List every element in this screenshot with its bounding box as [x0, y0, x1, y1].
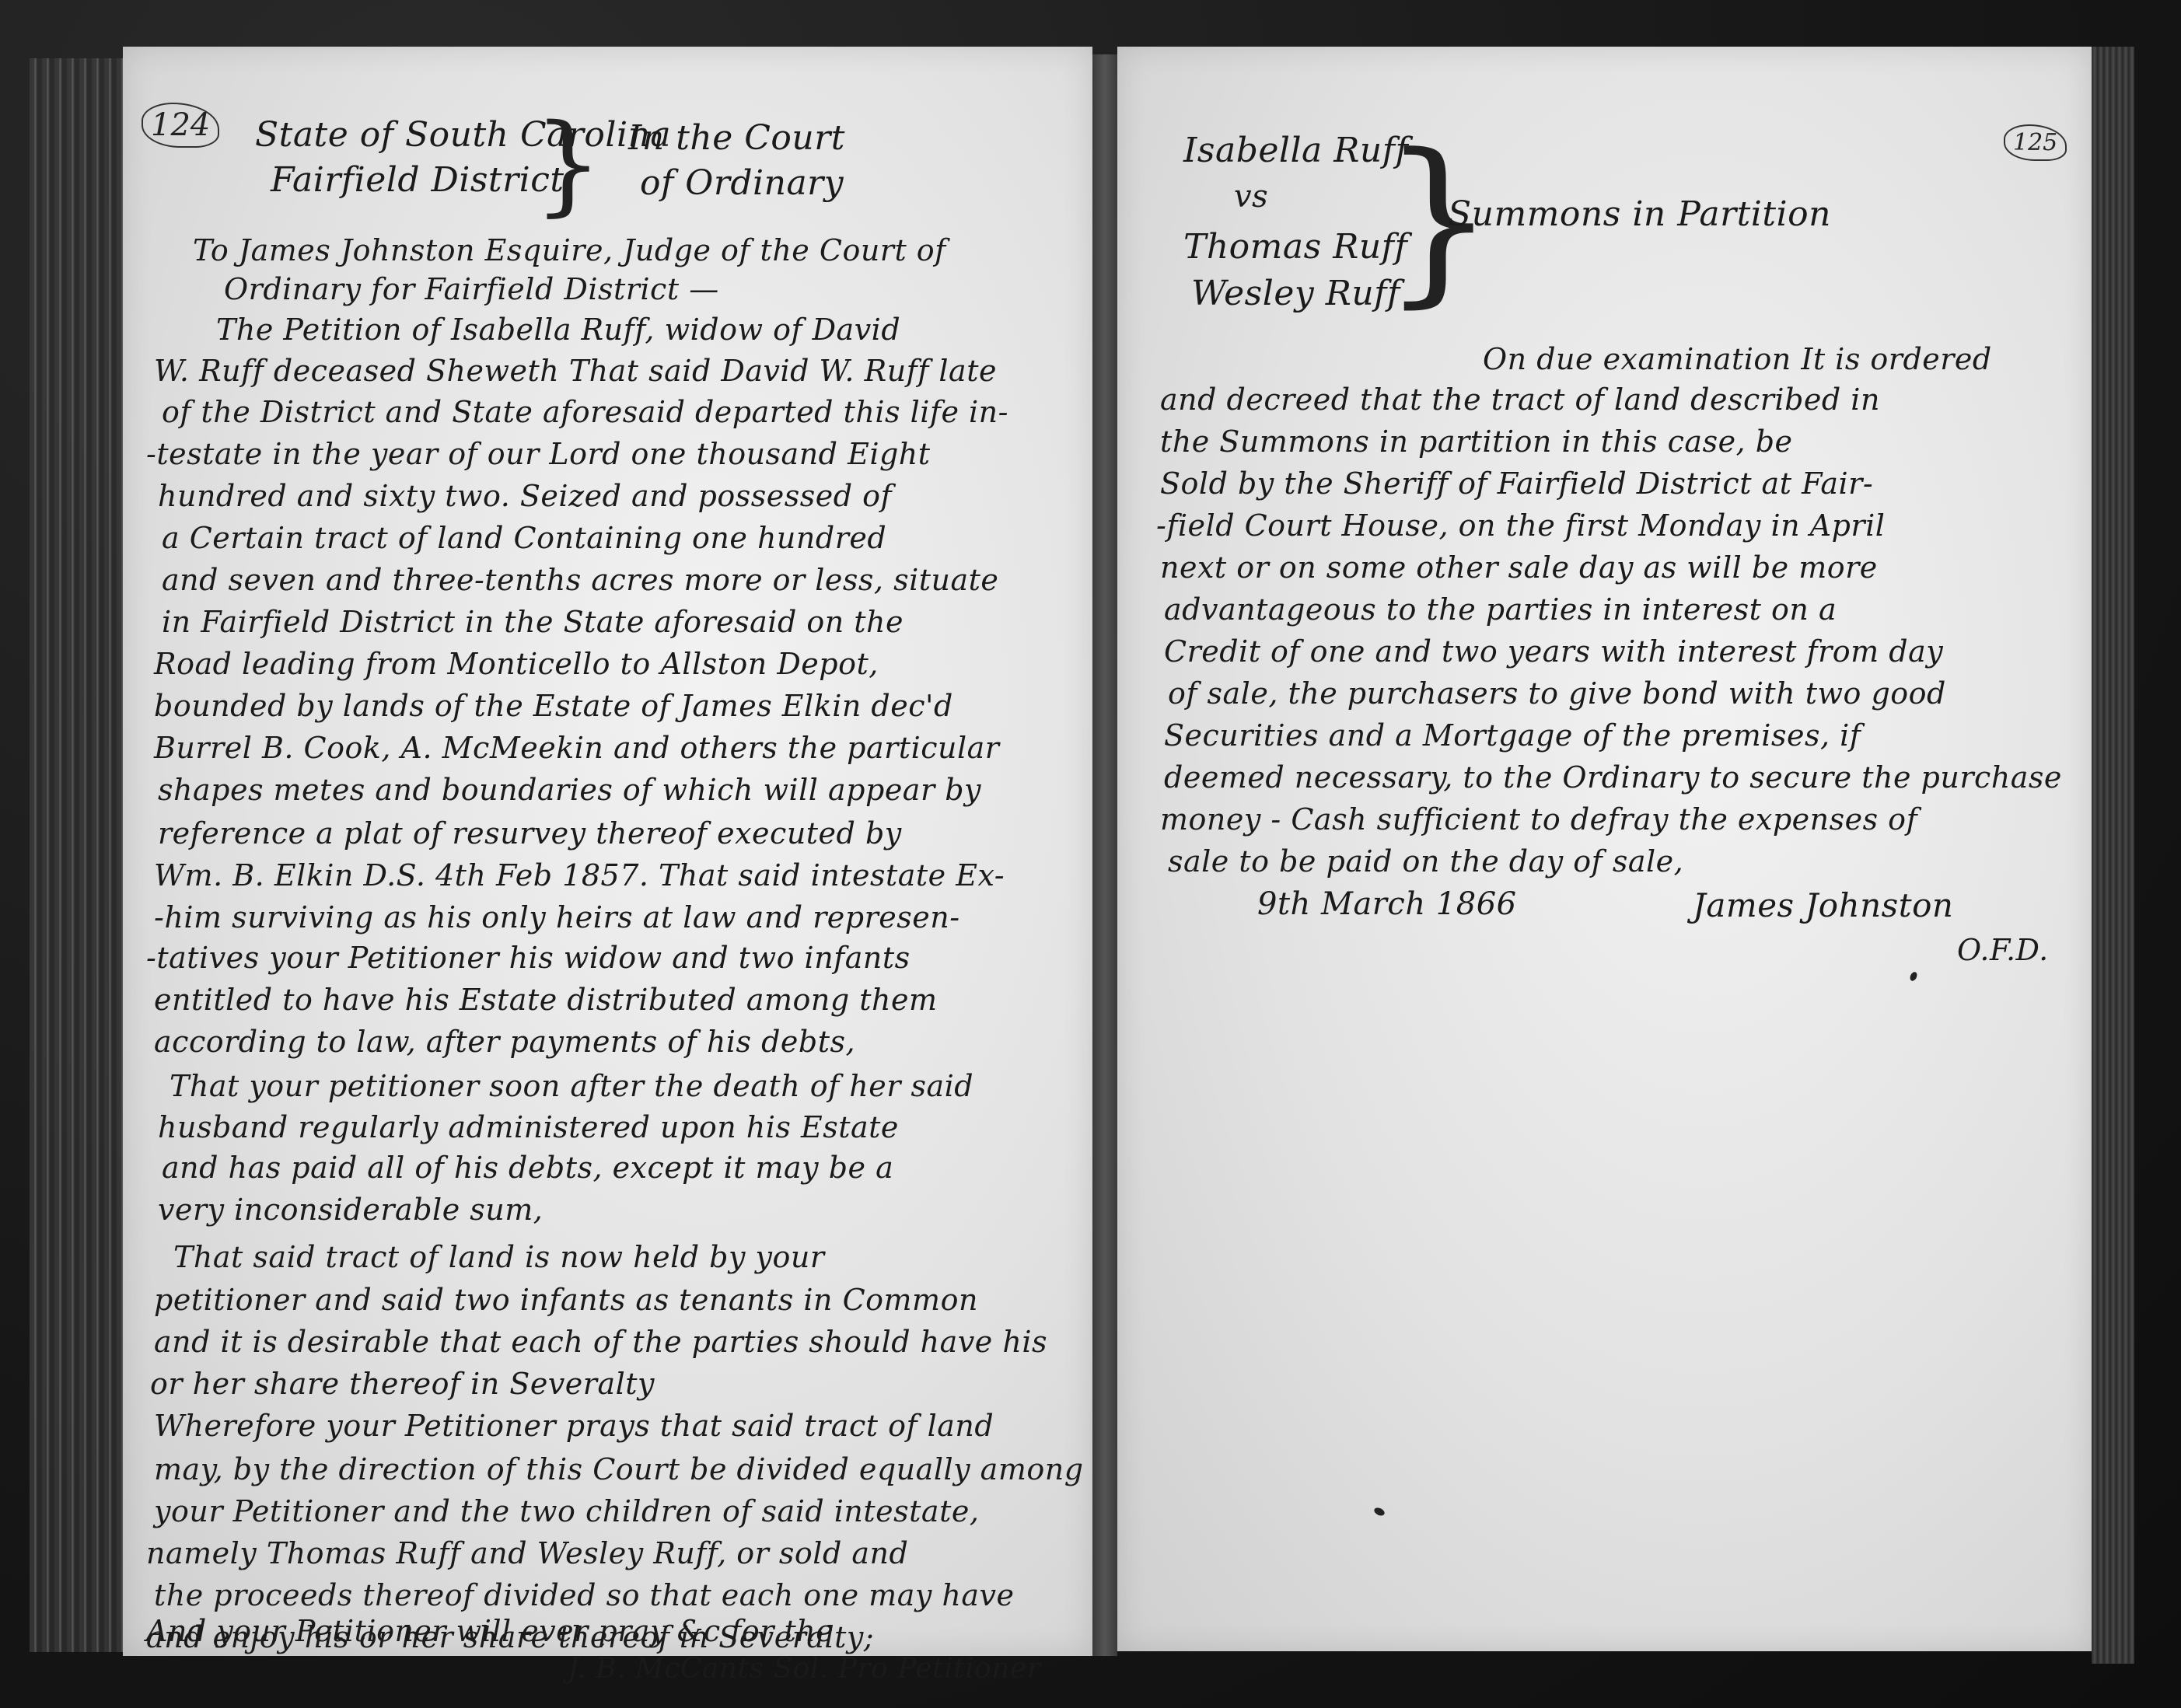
petition-closing-line: And your Petitioner will ever pray &c fo…	[146, 1614, 834, 1648]
petition-line: entitled to have his Estate distributed …	[154, 983, 938, 1017]
caption-court-line1: In the Court	[628, 118, 845, 158]
petition-line: Road leading from Monticello to Allston …	[154, 647, 879, 681]
judge-signature: James Johnston	[1693, 886, 1953, 924]
order-line: Credit of one and two years with interes…	[1164, 634, 1943, 669]
order-line: On due examination It is ordered	[1483, 342, 1992, 376]
order-line: Sold by the Sheriff of Fairfield Distric…	[1160, 466, 1873, 501]
petition-line: The Petition of Isabella Ruff, widow of …	[216, 313, 900, 347]
petition-line: To James Johnston Esquire, Judge of the …	[193, 233, 946, 267]
petition-line: very inconsiderable sum,	[158, 1193, 543, 1227]
petition-line: petitioner and said two infants as tenan…	[154, 1283, 978, 1317]
petition-line: and has paid all of his debts, except it…	[162, 1151, 893, 1185]
order-line: Securities and a Mortgage of the premise…	[1164, 718, 1861, 753]
case-defendant: Wesley Ruff	[1191, 274, 1400, 313]
case-plaintiff: Isabella Ruff	[1183, 131, 1408, 170]
attorney-signature: J. B. McCants Sol. Pro Petitioner	[568, 1653, 1041, 1685]
caption-court-line2: of Ordinary	[640, 163, 844, 203]
petition-line: of the District and State aforesaid depa…	[162, 395, 1008, 429]
petition-line: your Petitioner and the two children of …	[154, 1494, 979, 1528]
judge-title: O.F.D.	[1957, 933, 2049, 967]
petition-line: the proceeds thereof divided so that eac…	[154, 1578, 1015, 1612]
petition-line: or her share thereof in Severalty	[150, 1367, 655, 1401]
petition-line: -him surviving as his only heirs at law …	[154, 900, 960, 934]
order-line: money - Cash sufficient to defray the ex…	[1160, 802, 1917, 837]
order-line: next or on some other sale day as will b…	[1160, 550, 1878, 585]
page-number-left: 124	[142, 103, 219, 148]
order-date: 9th March 1866	[1257, 886, 1517, 922]
left-page-edges	[30, 58, 123, 1652]
petition-line: husband regularly administered upon his …	[158, 1110, 899, 1144]
petition-line: W. Ruff deceased Sheweth That said David…	[154, 354, 997, 388]
petition-line: -testate in the year of our Lord one tho…	[146, 437, 931, 471]
petition-line: and seven and three-tenths acres more or…	[162, 563, 998, 597]
case-defendant: Thomas Ruff	[1183, 227, 1407, 267]
order-line: sale to be paid on the day of sale,	[1168, 844, 1683, 878]
petition-line: bounded by lands of the Estate of James …	[154, 689, 953, 723]
order-line: of sale, the purchasers to give bond wit…	[1168, 676, 1946, 711]
order-line: deemed necessary, to the Ordinary to sec…	[1164, 760, 2062, 795]
petition-line: shapes metes and boundaries of which wil…	[158, 773, 981, 807]
petition-line: -tatives your Petitioner his widow and t…	[146, 941, 910, 975]
petition-line: in Fairfield District in the State afore…	[162, 605, 904, 639]
right-page-edges	[2092, 47, 2134, 1664]
right-page: 125 Isabella Ruff vs Thomas Ruff Wesley …	[1117, 47, 2092, 1651]
case-title: Summons in Partition	[1448, 194, 1831, 234]
page-number-right: 125	[2004, 124, 2067, 161]
order-line: the Summons in partition in this case, b…	[1160, 424, 1793, 459]
caption-brace: }	[533, 101, 603, 228]
ink-blot	[1373, 1506, 1386, 1517]
petition-line: Ordinary for Fairfield District —	[224, 272, 719, 306]
order-line: -field Court House, on the first Monday …	[1156, 508, 1885, 543]
case-versus: vs	[1234, 179, 1268, 215]
caption-district: Fairfield District	[271, 160, 564, 200]
order-line: and decreed that the tract of land descr…	[1160, 382, 1880, 417]
caption-state: State of South Carolina	[255, 115, 671, 155]
ink-speck	[1909, 971, 1918, 982]
petition-line: namely Thomas Ruff and Wesley Ruff, or s…	[146, 1536, 908, 1570]
petition-line: Wm. B. Elkin D.S. 4th Feb 1857. That sai…	[154, 858, 1005, 892]
petition-line: reference a plat of resurvey thereof exe…	[158, 816, 902, 851]
petition-line: may, by the direction of this Court be d…	[154, 1452, 1084, 1486]
petition-line: That your petitioner soon after the deat…	[170, 1069, 973, 1103]
petition-line: a Certain tract of land Containing one h…	[162, 521, 886, 555]
petition-line: That said tract of land is now held by y…	[173, 1240, 825, 1274]
petition-line: Burrel B. Cook, A. McMeekin and others t…	[154, 731, 999, 765]
order-line: advantageous to the parties in interest …	[1164, 592, 1837, 627]
petition-line: hundred and sixty two. Seized and posses…	[158, 479, 892, 513]
petition-line: and it is desirable that each of the par…	[154, 1325, 1047, 1359]
book-gutter	[1092, 54, 1117, 1656]
petition-line: Wherefore your Petitioner prays that sai…	[154, 1409, 994, 1443]
petition-line: according to law, after payments of his …	[154, 1025, 855, 1059]
left-page: 124 State of South Carolina Fairfield Di…	[123, 47, 1092, 1656]
